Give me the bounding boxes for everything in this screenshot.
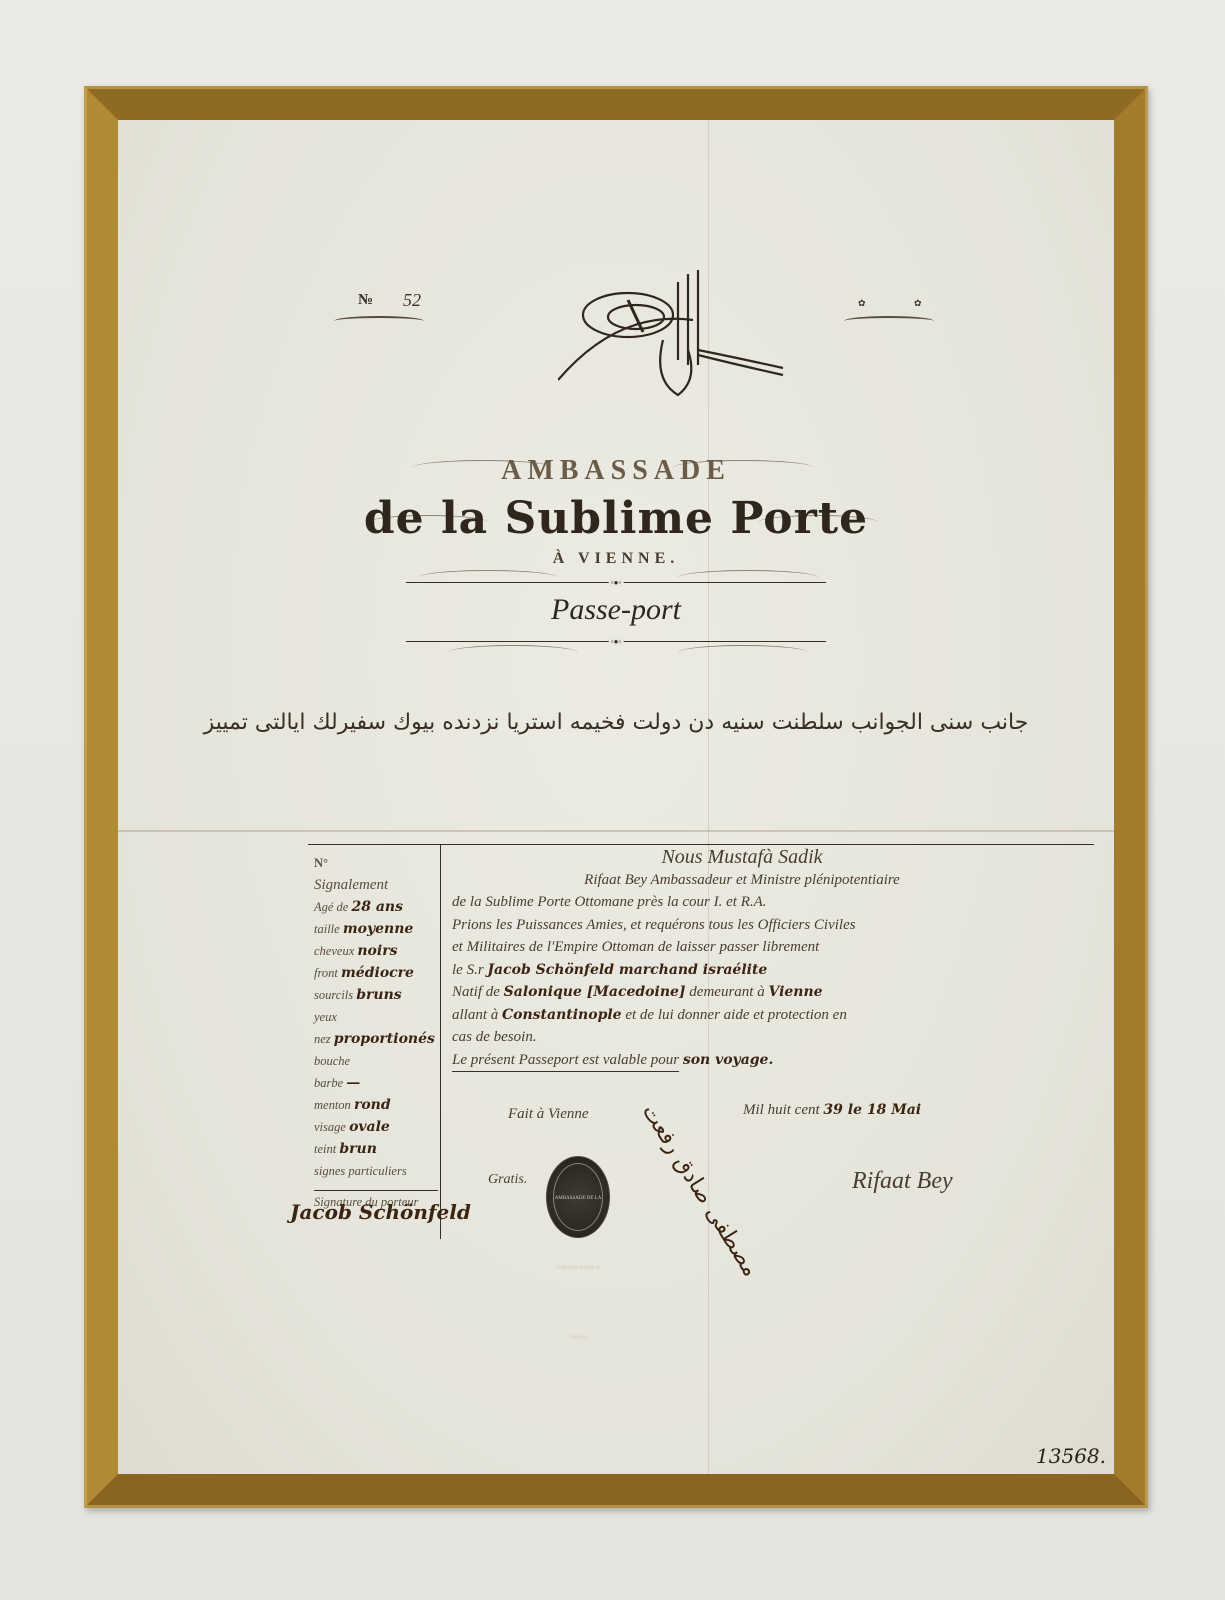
signalement-row-yeux: yeux bbox=[314, 1006, 438, 1028]
flourish-right bbox=[844, 316, 934, 326]
divider-rule: ◦●◦ bbox=[406, 641, 826, 642]
signalement-row-nez: nez proportionés bbox=[314, 1028, 438, 1050]
header-sublime-porte: de la Sublime Porte bbox=[118, 493, 1114, 544]
signalement-row-menton: menton rond bbox=[314, 1094, 438, 1116]
signalement-heading: Signalement bbox=[314, 874, 438, 896]
tughra-icon bbox=[558, 270, 788, 410]
divider-rule: ◦●◦ bbox=[406, 582, 826, 583]
signalement-row-bouche: bouche bbox=[314, 1050, 438, 1072]
signalement-row-signes: signes particuliers bbox=[314, 1160, 438, 1182]
fold-line-horizontal bbox=[118, 830, 1114, 832]
issue-date: Mil huit cent 39 le 18 Mai bbox=[743, 1102, 921, 1119]
body-line-6: le S.r Jacob Schönfeld marchand israélit… bbox=[452, 959, 1032, 982]
passport-number: 52 bbox=[403, 290, 421, 311]
bearer-signature: Jacob Schönfeld bbox=[290, 1200, 471, 1224]
gilt-picture-frame: № 52 ✿ ✿ AMBASSADE de la Sublim bbox=[84, 86, 1148, 1508]
table-top-rule bbox=[308, 844, 1094, 845]
body-line-5: et Militaires de l'Empire Ottoman de lai… bbox=[452, 936, 1032, 959]
signalement-row-sourcils: sourcils bruns bbox=[314, 984, 438, 1006]
validity-fill: son voyage. bbox=[683, 1052, 774, 1068]
body-line-9: cas de besoin. bbox=[452, 1026, 1032, 1049]
ottoman-signature: مصطفی صادق رفعت bbox=[454, 1100, 764, 1397]
passport-body: Nous Mustafà Sadik Rifaat Bey Ambassadeu… bbox=[452, 846, 1032, 1072]
number-label: № bbox=[358, 292, 373, 309]
origin-fill: Salonique [Macedoine] bbox=[504, 984, 686, 1000]
body-line-2: Rifaat Bey Ambassadeur et Ministre pléni… bbox=[452, 869, 1032, 892]
ornament-icon: ✿ bbox=[914, 298, 922, 309]
column-divider bbox=[440, 844, 441, 1239]
signalement-row-front: front médiocre bbox=[314, 962, 438, 984]
header-block: AMBASSADE de la Sublime Porte À VIENNE. … bbox=[118, 455, 1114, 642]
destination-fill: Constantinople bbox=[502, 1007, 622, 1023]
signalement-row-cheveux: cheveux noirs bbox=[314, 940, 438, 962]
signalement-row-barbe: barbe — bbox=[314, 1072, 438, 1094]
residence-fill: Vienne bbox=[768, 984, 822, 1000]
validity-line: Le présent Passeport est valable pour so… bbox=[452, 1049, 1032, 1073]
date-fill: 39 le 18 Mai bbox=[823, 1102, 921, 1118]
header-ambassade: AMBASSADE bbox=[118, 455, 1114, 487]
body-line-1: Nous Mustafà Sadik bbox=[452, 846, 1032, 869]
document-title: Passe-port bbox=[118, 593, 1114, 627]
body-line-7: Natif de Salonique [Macedoine] demeurant… bbox=[452, 981, 1032, 1004]
body-line-8: allant à Constantinople et de lui donner… bbox=[452, 1004, 1032, 1027]
body-line-4: Prions les Puissances Amies, et requéron… bbox=[452, 914, 1032, 937]
ambassador-signature: Rifaat Bey bbox=[852, 1168, 953, 1195]
inventory-number: 13568. bbox=[1036, 1444, 1106, 1468]
place-of-issue: Fait à Vienne bbox=[508, 1106, 589, 1123]
signalement-column: N° Signalement Agé de 28 ans taille moye… bbox=[314, 852, 438, 1213]
header-vienne: À VIENNE. bbox=[118, 550, 1114, 568]
flourish-left bbox=[334, 316, 424, 326]
signalement-row-taille: taille moyenne bbox=[314, 918, 438, 940]
signalement-row-age: Agé de 28 ans bbox=[314, 896, 438, 918]
signalement-number-label: N° bbox=[314, 852, 438, 874]
ornament-icon: ✿ bbox=[858, 298, 866, 309]
signalement-row-teint: teint brun bbox=[314, 1138, 438, 1160]
bearer-name-fill: Jacob Schönfeld marchand israélite bbox=[487, 962, 767, 978]
body-line-3: de la Sublime Porte Ottomane près la cou… bbox=[452, 891, 1032, 914]
signalement-row-visage: visage ovale bbox=[314, 1116, 438, 1138]
ottoman-text-line: جانب سنی الجوانب سلطنت سنیه دن دولت فخیم… bbox=[118, 710, 1114, 735]
passport-document: № 52 ✿ ✿ AMBASSADE de la Sublim bbox=[118, 120, 1114, 1474]
